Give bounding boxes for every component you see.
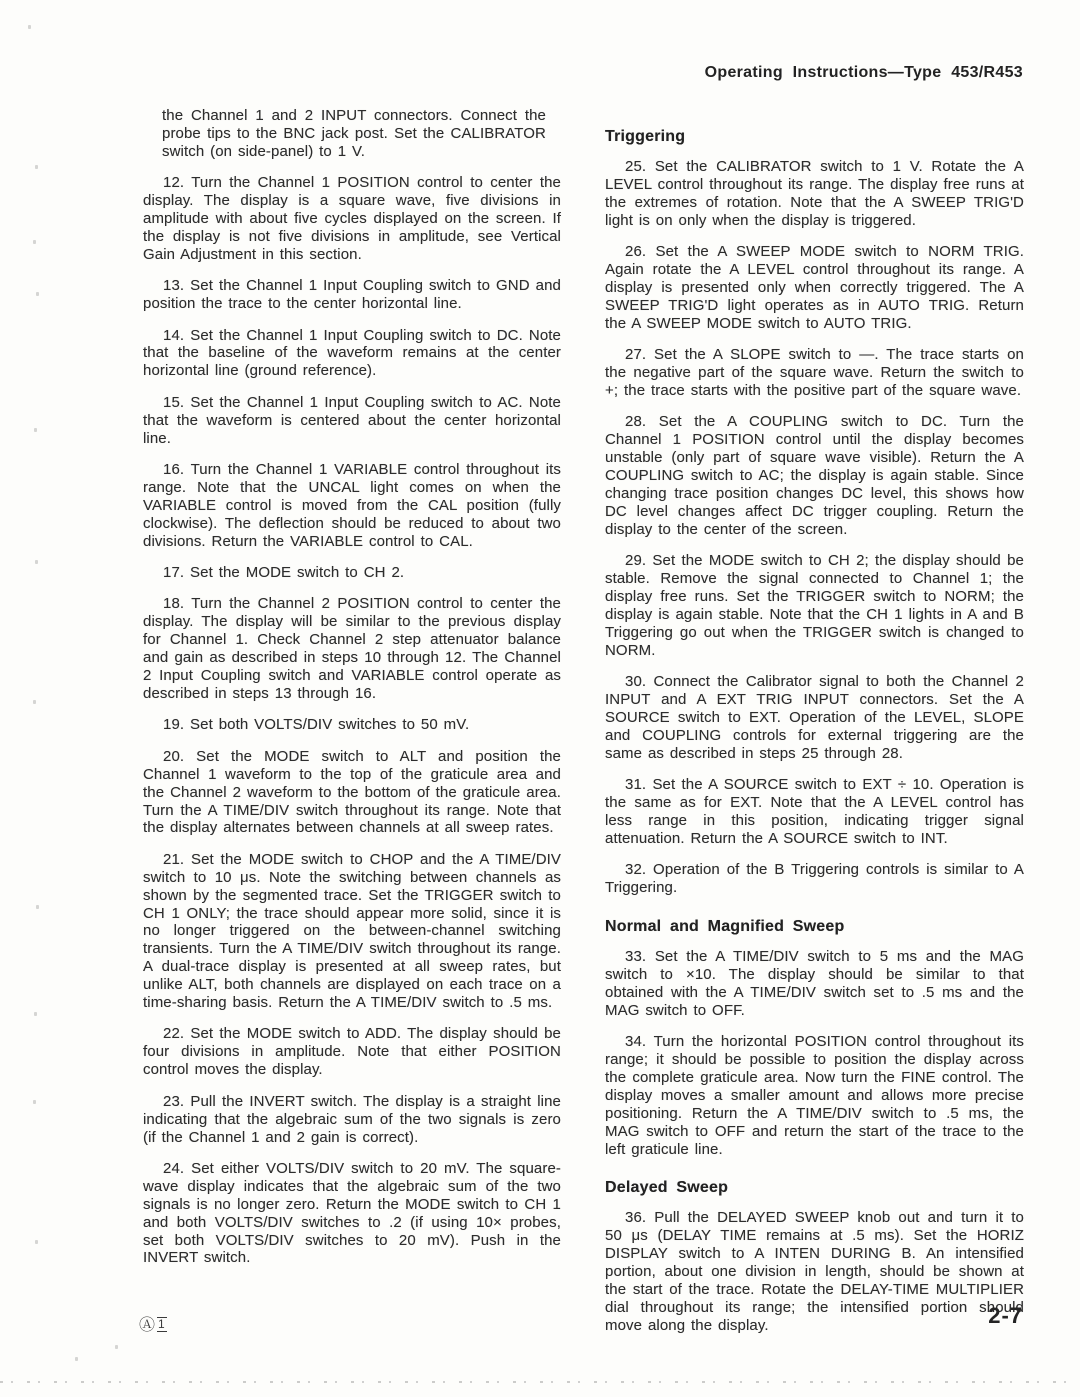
- text-block: Normal and Magnified Sweep: [605, 918, 1024, 936]
- scan-speck: [33, 1100, 36, 1104]
- text-block: 18. Turn the Channel 2 POSITION control …: [143, 595, 561, 702]
- scan-speck: [33, 240, 36, 244]
- left-column: the Channel 1 and 2 INPUT connectors. Co…: [143, 107, 561, 1281]
- text-block: 22. Set the MODE switch to ADD. The disp…: [143, 1025, 561, 1079]
- text-block: 14. Set the Channel 1 Input Coupling swi…: [143, 327, 561, 381]
- text-block: 31. Set the A SOURCE switch to EXT ÷ 10.…: [605, 776, 1024, 848]
- manual-page: Operating Instructions—Type 453/R453 the…: [0, 0, 1080, 1397]
- text-block: 13. Set the Channel 1 Input Coupling swi…: [143, 277, 561, 313]
- page-header-title: Operating Instructions—Type 453/R453: [705, 64, 1023, 82]
- text-block: 34. Turn the horizontal POSITION control…: [605, 1033, 1024, 1158]
- text-block: 29. Set the MODE switch to CH 2; the dis…: [605, 552, 1024, 659]
- text-block: 28. Set the A COUPLING switch to DC. Tur…: [605, 413, 1024, 538]
- text-block: 12. Turn the Channel 1 POSITION control …: [143, 174, 561, 264]
- text-block: 25. Set the CALIBRATOR switch to 1 V. Ro…: [605, 158, 1024, 230]
- text-block: 23. Pull the INVERT switch. The display …: [143, 1093, 561, 1147]
- scan-speck: [115, 1345, 118, 1349]
- text-block: 30. Connect the Calibrator signal to bot…: [605, 673, 1024, 763]
- right-column: Triggering 25. Set the CALIBRATOR switch…: [605, 107, 1024, 1348]
- text-block: 17. Set the MODE switch to CH 2.: [143, 564, 561, 582]
- text-block: 21. Set the MODE switch to CHOP and the …: [143, 851, 561, 1012]
- scan-speck: [35, 1240, 38, 1244]
- scan-speck: [36, 905, 39, 909]
- scan-speck: [34, 428, 37, 432]
- text-block: 36. Pull the DELAYED SWEEP knob out and …: [605, 1209, 1024, 1334]
- scan-speck: [33, 700, 36, 704]
- text-block: 15. Set the Channel 1 Input Coupling swi…: [143, 394, 561, 448]
- circle-a-icon: Ⓐ: [139, 1317, 156, 1334]
- text-block: 33. Set the A TIME/DIV switch to 5 ms an…: [605, 948, 1024, 1020]
- scan-speck: [75, 1357, 78, 1361]
- revision-mark: Ⓐ1: [139, 1312, 167, 1335]
- revision-number: 1: [157, 1317, 167, 1332]
- scan-speck: [28, 25, 31, 29]
- scan-speck: [35, 165, 38, 169]
- page-number: 2-7: [988, 1303, 1023, 1329]
- text-block: 20. Set the MODE switch to ALT and posit…: [143, 748, 561, 838]
- text-block: 26. Set the A SWEEP MODE switch to NORM …: [605, 243, 1024, 333]
- text-block: 24. Set either VOLTS/DIV switch to 20 mV…: [143, 1160, 561, 1267]
- text-block: Triggering: [605, 128, 1024, 146]
- text-block: 16. Turn the Channel 1 VARIABLE control …: [143, 461, 561, 551]
- scan-speck: [34, 1012, 37, 1016]
- text-block: the Channel 1 and 2 INPUT connectors. Co…: [143, 107, 561, 161]
- text-block: 32. Operation of the B Triggering contro…: [605, 861, 1024, 897]
- text-block: 19. Set both VOLTS/DIV switches to 50 mV…: [143, 716, 561, 734]
- scan-speck: [36, 292, 39, 296]
- text-block: Delayed Sweep: [605, 1179, 1024, 1197]
- text-block: 27. Set the A SLOPE switch to —. The tra…: [605, 346, 1024, 400]
- scan-speck: [35, 560, 38, 564]
- scan-artifact-bottom-line: [0, 1381, 1080, 1383]
